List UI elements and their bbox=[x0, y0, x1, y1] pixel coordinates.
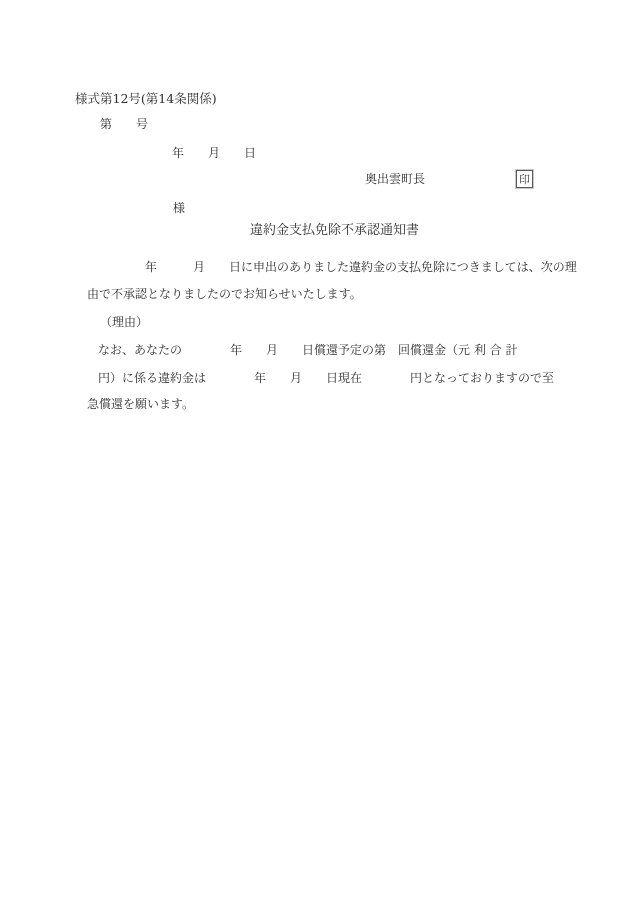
reason-label: （理由） bbox=[100, 315, 148, 331]
body-paragraph-line-1: 年 月 日に申出のありました違約金の支払免除につきましては、次の理 bbox=[145, 260, 577, 276]
form-document-page: 様式第12号(第14条関係) 第 号 年 月 日 奥出雲町長 印 様 違約金支払… bbox=[0, 0, 630, 915]
body-paragraph-line-4: 円）に係る違約金は 年 月 日現在 円となっておりますので至 bbox=[98, 371, 554, 387]
body-paragraph-line-3: なお、あなたの 年 月 日償還予定の第 回償還金（元 利 合 計 bbox=[98, 343, 517, 359]
addressee-suffix: 様 bbox=[173, 201, 185, 217]
form-number: 様式第12号(第14条関係) bbox=[75, 91, 217, 107]
seal-stamp-label: 印 bbox=[519, 171, 530, 187]
document-title: 違約金支払免除不承認通知書 bbox=[250, 223, 419, 240]
issuer-mayor-title: 奥出雲町長 bbox=[365, 172, 425, 188]
document-number-line: 第 号 bbox=[100, 117, 148, 133]
seal-stamp-box: 印 bbox=[516, 170, 533, 188]
issue-date-line: 年 月 日 bbox=[172, 146, 256, 162]
body-paragraph-line-2: 由で不承認となりましたのでお知らせいたします。 bbox=[87, 287, 362, 303]
body-paragraph-line-5: 急償還を願います。 bbox=[87, 397, 194, 413]
